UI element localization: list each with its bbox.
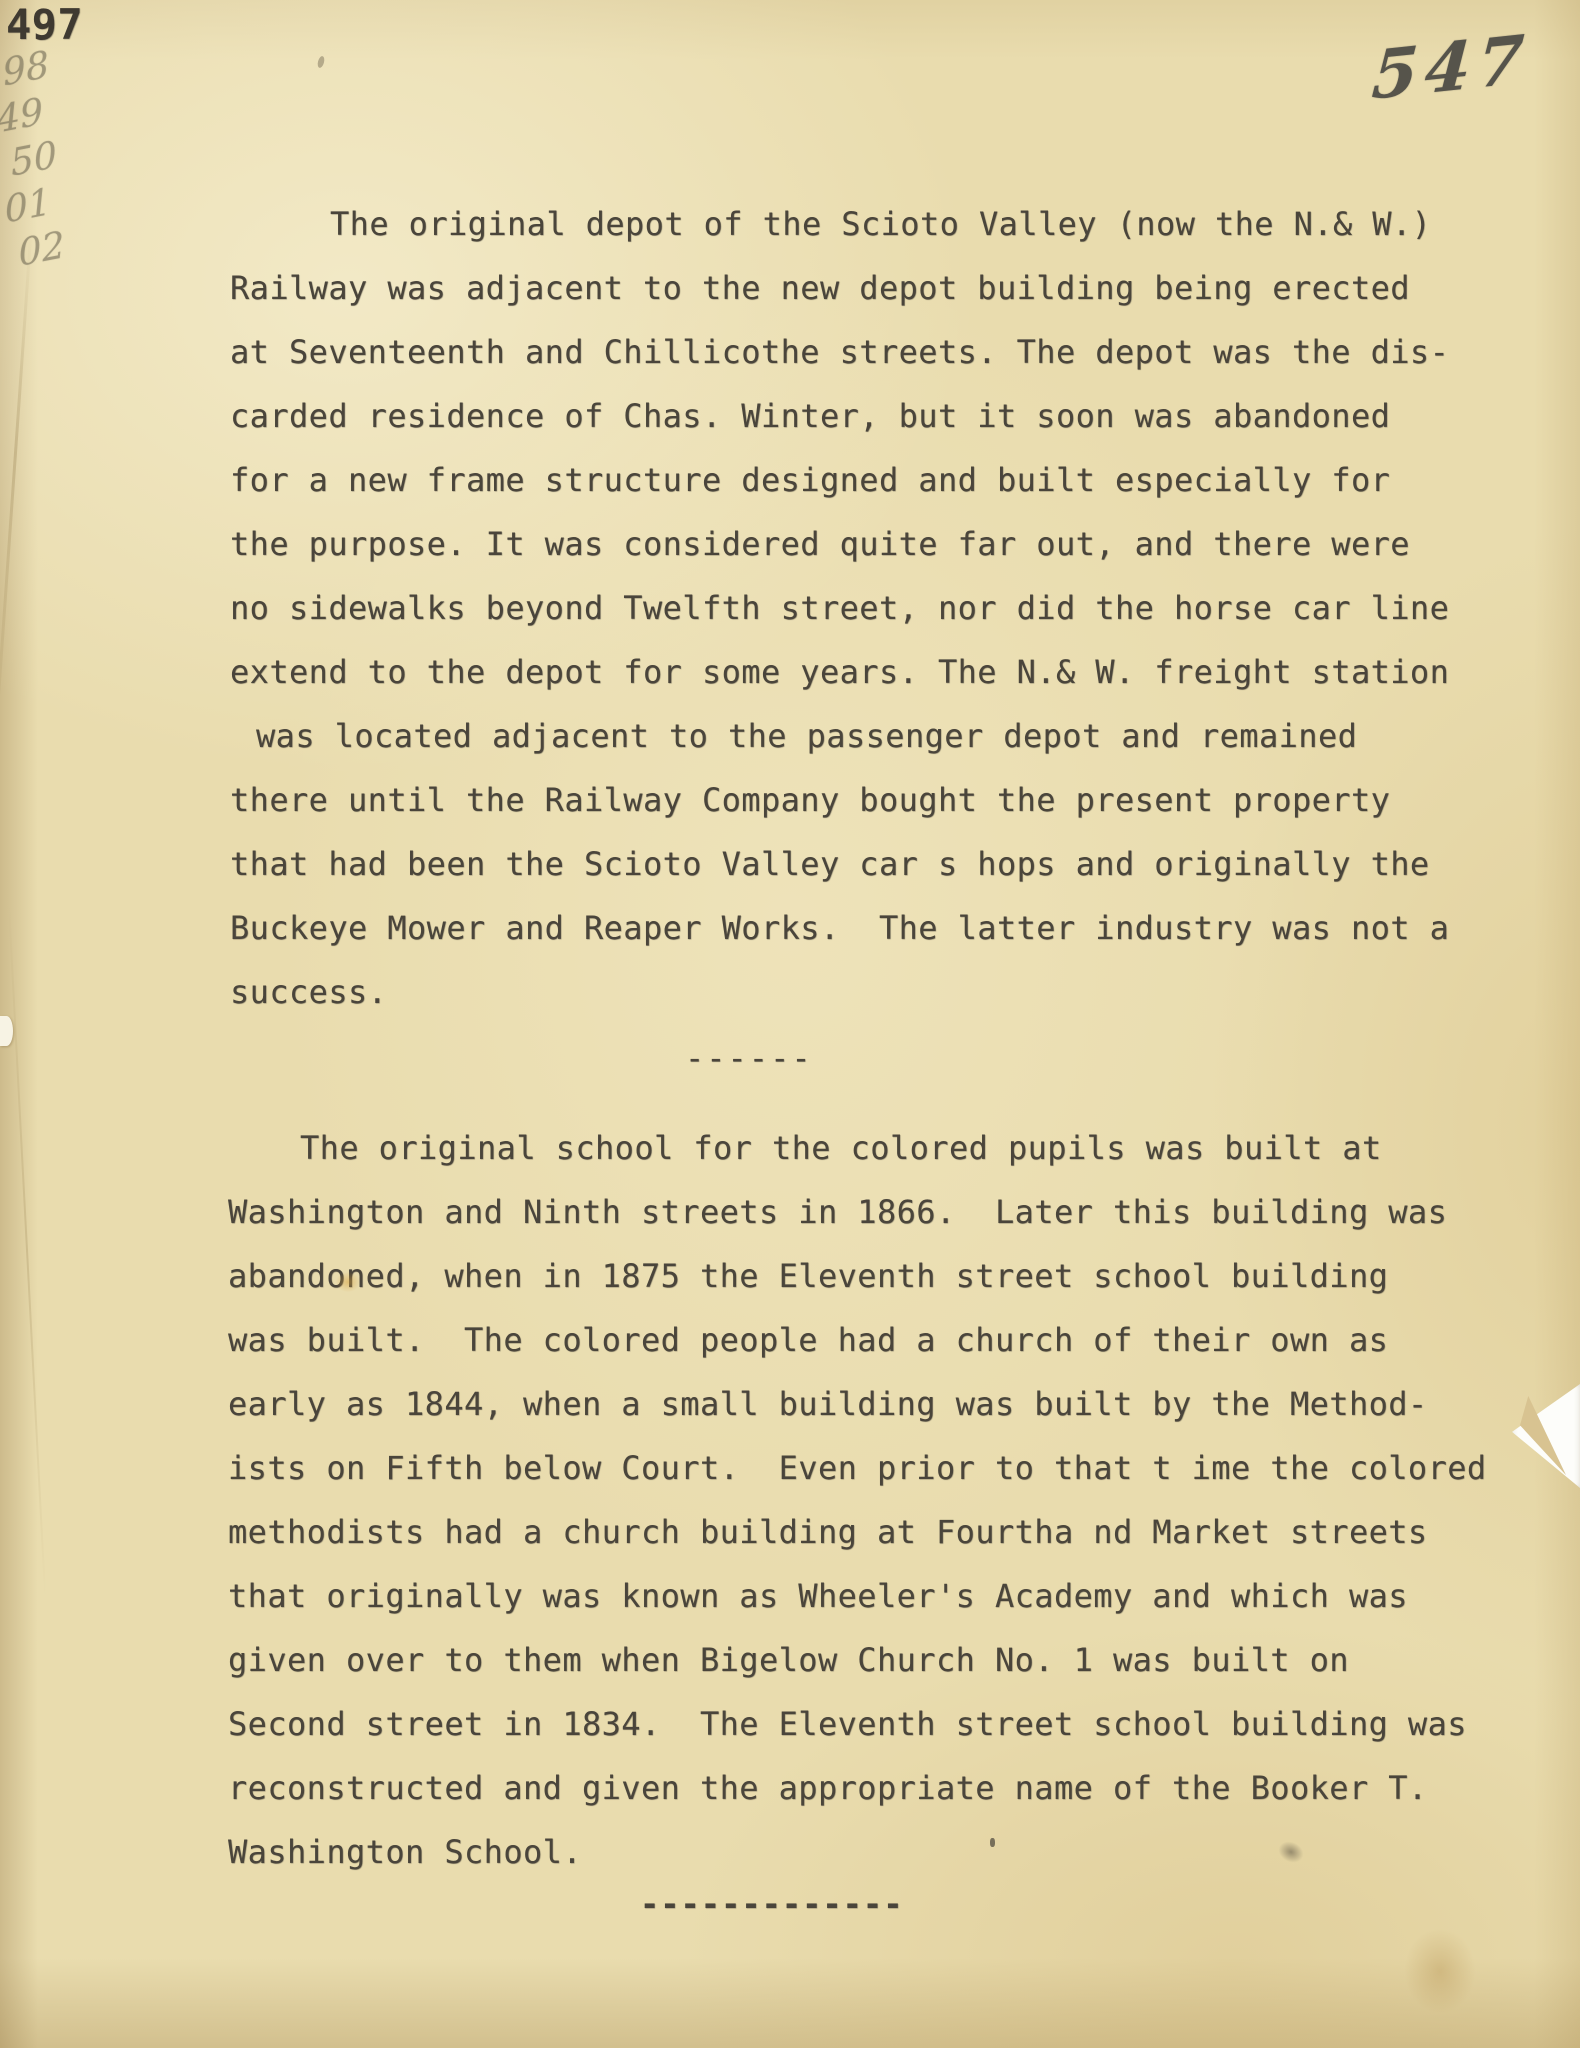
paper-crease [0, 231, 33, 790]
text-line: The original school for the colored pupi… [228, 1116, 1468, 1180]
text-line: that had been the Scioto Valley car s ho… [230, 832, 1470, 896]
text-line: reconstructed and given the appropriate … [228, 1756, 1468, 1820]
text-line: Washington and Ninth streets in 1866. La… [228, 1180, 1468, 1244]
paper-stain [1404, 1928, 1476, 2014]
text-line: Railway was adjacent to the new depot bu… [230, 256, 1470, 320]
text-line: at Seventeenth and Chillicothe streets. … [230, 320, 1470, 384]
text-line: the purpose. It was considered quite far… [230, 512, 1470, 576]
stray-ink-dot [990, 1838, 995, 1847]
text-line: given over to them when Bigelow Church N… [228, 1628, 1468, 1692]
text-line: success. [230, 960, 1470, 1024]
paper-stain [336, 1272, 360, 1292]
text-line: was located adjacent to the passenger de… [230, 704, 1470, 768]
text-line: was built. The colored people had a chur… [228, 1308, 1468, 1372]
text-line: ists on Fifth below Court. Even prior to… [228, 1436, 1468, 1500]
end-separator: ------------- [640, 1872, 903, 1936]
section-separator: ------ [685, 1026, 813, 1090]
handwritten-page-number: 547 [1370, 19, 1533, 115]
text-line: there until the Railway Company bought t… [230, 768, 1470, 832]
text-line: Buckeye Mower and Reaper Works. The latt… [230, 896, 1470, 960]
document-page: 497 9849500102 547 The original depot of… [0, 0, 1580, 2048]
text-line: The original depot of the Scioto Valley … [230, 192, 1470, 256]
text-line: that originally was known as Wheeler's A… [228, 1564, 1468, 1628]
text-line: abandoned, when in 1875 the Eleventh str… [228, 1244, 1468, 1308]
text-line: for a new frame structure designed and b… [230, 448, 1470, 512]
left-edge-chip [0, 1016, 13, 1046]
text-line: early as 1844, when a small building was… [228, 1372, 1468, 1436]
text-line: Second street in 1834. The Eleventh stre… [228, 1692, 1468, 1756]
paragraph-colored-school: The original school for the colored pupi… [228, 1116, 1468, 1884]
paper-fleck [317, 55, 326, 68]
text-line: carded residence of Chas. Winter, but it… [230, 384, 1470, 448]
paragraph-railroad-depot: The original depot of the Scioto Valley … [230, 192, 1470, 1024]
paper-crease [8, 900, 47, 1599]
text-line: extend to the depot for some years. The … [230, 640, 1470, 704]
text-line: no sidewalks beyond Twelfth street, nor … [230, 576, 1470, 640]
margin-pencil-numbers: 9849500102 [0, 35, 99, 278]
text-line: methodists had a church building at Four… [228, 1500, 1468, 1564]
